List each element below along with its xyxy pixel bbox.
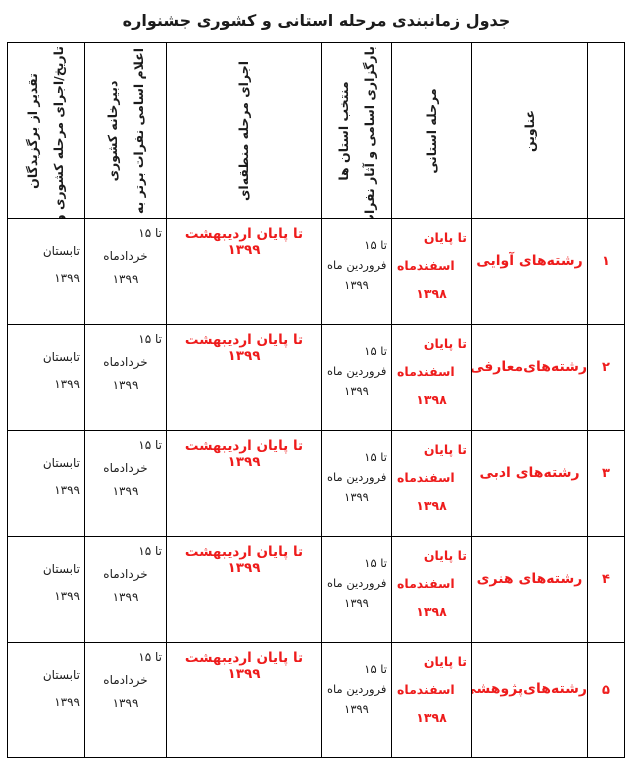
upload-deadline-cell: تا ۱۵ فروردین ماه ۱۳۹۹ xyxy=(322,537,392,643)
upload-line-2: فروردین ماه xyxy=(322,573,391,593)
regional-deadline-cell: تا پایان اردیبهشت ۱۳۹۹ xyxy=(167,325,322,431)
announce-line-3: ۱۳۹۹ xyxy=(85,586,166,609)
provincial-line-3: ۱۳۹۸ xyxy=(392,704,471,732)
header-announce-label: اعلام اسامی نفرات برتر به دبیرخانه کشوری xyxy=(100,46,152,216)
provincial-line-1: تا پایان xyxy=(392,542,471,570)
announce-line-2: خردادماه xyxy=(85,457,166,480)
regional-deadline-cell: تا پایان اردیبهشت ۱۳۹۹ xyxy=(167,431,322,537)
row-title-cell: رشته‌های هنری xyxy=(472,537,588,643)
upload-line-2: فروردین ماه xyxy=(322,679,391,699)
announce-line-1: تا ۱۵ xyxy=(85,222,166,245)
table-body: عناوین مرحله استانی بارگزاری اسامی و آثا… xyxy=(8,43,625,758)
row-title-cell: رشته‌های‌معارفی xyxy=(472,325,588,431)
national-line-1: تابستان xyxy=(8,344,84,371)
header-row-number xyxy=(588,43,625,219)
provincial-line-2: اسفندماه xyxy=(392,358,471,386)
row-number-cell: ۳ xyxy=(588,431,625,537)
row-number-cell: ۱ xyxy=(588,219,625,325)
upload-line-3: ۱۳۹۹ xyxy=(322,699,391,719)
row-number: ۴ xyxy=(602,572,610,587)
national-date-cell: تابستان ۱۳۹۹ xyxy=(8,431,85,537)
provincial-deadline-cell: تا پایان اسفندماه ۱۳۹۸ xyxy=(392,431,472,537)
announce-line-2: خردادماه xyxy=(85,669,166,692)
header-national-label: تاریخ/اجرای مرحله کشوری و تقدیر از برگزی… xyxy=(20,46,72,216)
announce-line-3: ۱۳۹۹ xyxy=(85,374,166,397)
national-line-2: ۱۳۹۹ xyxy=(8,265,84,292)
announce-line-1: تا ۱۵ xyxy=(85,540,166,563)
regional-deadline-cell: تا پایان اردیبهشت ۱۳۹۹ xyxy=(167,643,322,758)
row-number: ۲ xyxy=(602,360,610,375)
announce-line-2: خردادماه xyxy=(85,245,166,268)
upload-line-1: تا ۱۵ xyxy=(322,659,391,679)
announce-line-2: خردادماه xyxy=(85,563,166,586)
table-row: ۱ رشته‌های آوایی تا پایان اسفندماه ۱۳۹۸ … xyxy=(8,219,625,325)
table-row: ۵ رشته‌های‌پژوهشی تا پایان اسفندماه ۱۳۹۸… xyxy=(8,643,625,758)
national-line-2: ۱۳۹۹ xyxy=(8,371,84,398)
provincial-line-1: تا پایان xyxy=(392,648,471,676)
upload-line-3: ۱۳۹۹ xyxy=(322,275,391,295)
header-titles: عناوین xyxy=(472,43,588,219)
upload-deadline-cell: تا ۱۵ فروردین ماه ۱۳۹۹ xyxy=(322,219,392,325)
upload-line-1: تا ۱۵ xyxy=(322,553,391,573)
header-regional-label: اجرای مرحله منطقه‌ای xyxy=(231,46,257,216)
row-title: رشته‌های هنری xyxy=(477,571,583,587)
row-number-cell: ۲ xyxy=(588,325,625,431)
regional-deadline: تا پایان اردیبهشت ۱۳۹۹ xyxy=(167,332,321,364)
header-upload-label: بارگزاری اسامی و آثار نفرات منتخب استان … xyxy=(331,46,383,216)
upload-line-1: تا ۱۵ xyxy=(322,341,391,361)
table-row: ۴ رشته‌های هنری تا پایان اسفندماه ۱۳۹۸ ت… xyxy=(8,537,625,643)
announce-line-1: تا ۱۵ xyxy=(85,646,166,669)
header-titles-label: عناوین xyxy=(517,46,543,216)
announce-line-3: ۱۳۹۹ xyxy=(85,480,166,503)
header-national-stage: تاریخ/اجرای مرحله کشوری و تقدیر از برگزی… xyxy=(8,43,85,219)
header-regional-stage: اجرای مرحله منطقه‌ای xyxy=(167,43,322,219)
announce-deadline-cell: تا ۱۵ خردادماه ۱۳۹۹ xyxy=(85,537,167,643)
upload-deadline-cell: تا ۱۵ فروردین ماه ۱۳۹۹ xyxy=(322,325,392,431)
row-title-cell: رشته‌های ادبی xyxy=(472,431,588,537)
upload-line-3: ۱۳۹۹ xyxy=(322,381,391,401)
regional-deadline: تا پایان اردیبهشت ۱۳۹۹ xyxy=(167,650,321,682)
provincial-line-3: ۱۳۹۸ xyxy=(392,280,471,308)
provincial-line-3: ۱۳۹۸ xyxy=(392,598,471,626)
provincial-line-2: اسفندماه xyxy=(392,252,471,280)
header-row: عناوین مرحله استانی بارگزاری اسامی و آثا… xyxy=(8,43,625,219)
upload-line-3: ۱۳۹۹ xyxy=(322,593,391,613)
announce-line-3: ۱۳۹۹ xyxy=(85,692,166,715)
row-number: ۱ xyxy=(602,254,610,269)
upload-line-1: تا ۱۵ xyxy=(322,235,391,255)
table-row: ۳ رشته‌های ادبی تا پایان اسفندماه ۱۳۹۸ ت… xyxy=(8,431,625,537)
provincial-line-2: اسفندماه xyxy=(392,570,471,598)
provincial-deadline-cell: تا پایان اسفندماه ۱۳۹۸ xyxy=(392,643,472,758)
national-line-2: ۱۳۹۹ xyxy=(8,689,84,716)
row-title: رشته‌های ادبی xyxy=(479,465,579,481)
regional-deadline: تا پایان اردیبهشت ۱۳۹۹ xyxy=(167,438,321,470)
announce-line-3: ۱۳۹۹ xyxy=(85,268,166,291)
header-announce-names: اعلام اسامی نفرات برتر به دبیرخانه کشوری xyxy=(85,43,167,219)
header-provincial-stage: مرحله استانی xyxy=(392,43,472,219)
national-date-cell: تابستان ۱۳۹۹ xyxy=(8,537,85,643)
provincial-deadline-cell: تا پایان اسفندماه ۱۳۹۸ xyxy=(392,325,472,431)
row-title: رشته‌های آوایی xyxy=(476,253,582,269)
provincial-line-1: تا پایان xyxy=(392,436,471,464)
national-date-cell: تابستان ۱۳۹۹ xyxy=(8,643,85,758)
upload-line-2: فروردین ماه xyxy=(322,255,391,275)
upload-line-3: ۱۳۹۹ xyxy=(322,487,391,507)
announce-deadline-cell: تا ۱۵ خردادماه ۱۳۹۹ xyxy=(85,219,167,325)
upload-line-1: تا ۱۵ xyxy=(322,447,391,467)
upload-line-2: فروردین ماه xyxy=(322,361,391,381)
row-number: ۳ xyxy=(602,466,610,481)
upload-deadline-cell: تا ۱۵ فروردین ماه ۱۳۹۹ xyxy=(322,431,392,537)
national-line-2: ۱۳۹۹ xyxy=(8,583,84,610)
announce-deadline-cell: تا ۱۵ خردادماه ۱۳۹۹ xyxy=(85,325,167,431)
row-number: ۵ xyxy=(602,683,610,698)
national-date-cell: تابستان ۱۳۹۹ xyxy=(8,219,85,325)
row-number-cell: ۴ xyxy=(588,537,625,643)
schedule-table: عناوین مرحله استانی بارگزاری اسامی و آثا… xyxy=(7,42,625,758)
row-number-cell: ۵ xyxy=(588,643,625,758)
national-line-1: تابستان xyxy=(8,238,84,265)
regional-deadline: تا پایان اردیبهشت ۱۳۹۹ xyxy=(167,544,321,576)
announce-line-2: خردادماه xyxy=(85,351,166,374)
national-line-1: تابستان xyxy=(8,556,84,583)
page-title: جدول زمانبندی مرحله استانی و کشوری جشنوا… xyxy=(0,0,633,31)
provincial-line-1: تا پایان xyxy=(392,224,471,252)
header-upload-names: بارگزاری اسامی و آثار نفرات منتخب استان … xyxy=(322,43,392,219)
regional-deadline-cell: تا پایان اردیبهشت ۱۳۹۹ xyxy=(167,537,322,643)
row-title: رشته‌های‌پژوهشی xyxy=(472,681,588,697)
national-line-1: تابستان xyxy=(8,662,84,689)
provincial-line-3: ۱۳۹۸ xyxy=(392,386,471,414)
national-line-1: تابستان xyxy=(8,450,84,477)
provincial-line-1: تا پایان xyxy=(392,330,471,358)
national-date-cell: تابستان ۱۳۹۹ xyxy=(8,325,85,431)
regional-deadline-cell: تا پایان اردیبهشت ۱۳۹۹ xyxy=(167,219,322,325)
provincial-deadline-cell: تا پایان اسفندماه ۱۳۹۸ xyxy=(392,537,472,643)
row-title-cell: رشته‌های‌پژوهشی xyxy=(472,643,588,758)
provincial-line-3: ۱۳۹۸ xyxy=(392,492,471,520)
row-title: رشته‌های‌معارفی xyxy=(472,359,588,375)
row-title-cell: رشته‌های آوایی xyxy=(472,219,588,325)
table-row: ۲ رشته‌های‌معارفی تا پایان اسفندماه ۱۳۹۸… xyxy=(8,325,625,431)
announce-line-1: تا ۱۵ xyxy=(85,434,166,457)
provincial-line-2: اسفندماه xyxy=(392,676,471,704)
announce-deadline-cell: تا ۱۵ خردادماه ۱۳۹۹ xyxy=(85,431,167,537)
upload-line-2: فروردین ماه xyxy=(322,467,391,487)
announce-line-1: تا ۱۵ xyxy=(85,328,166,351)
national-line-2: ۱۳۹۹ xyxy=(8,477,84,504)
upload-deadline-cell: تا ۱۵ فروردین ماه ۱۳۹۹ xyxy=(322,643,392,758)
header-provincial-label: مرحله استانی xyxy=(419,46,445,216)
announce-deadline-cell: تا ۱۵ خردادماه ۱۳۹۹ xyxy=(85,643,167,758)
regional-deadline: تا پایان اردیبهشت ۱۳۹۹ xyxy=(167,226,321,258)
provincial-deadline-cell: تا پایان اسفندماه ۱۳۹۸ xyxy=(392,219,472,325)
provincial-line-2: اسفندماه xyxy=(392,464,471,492)
